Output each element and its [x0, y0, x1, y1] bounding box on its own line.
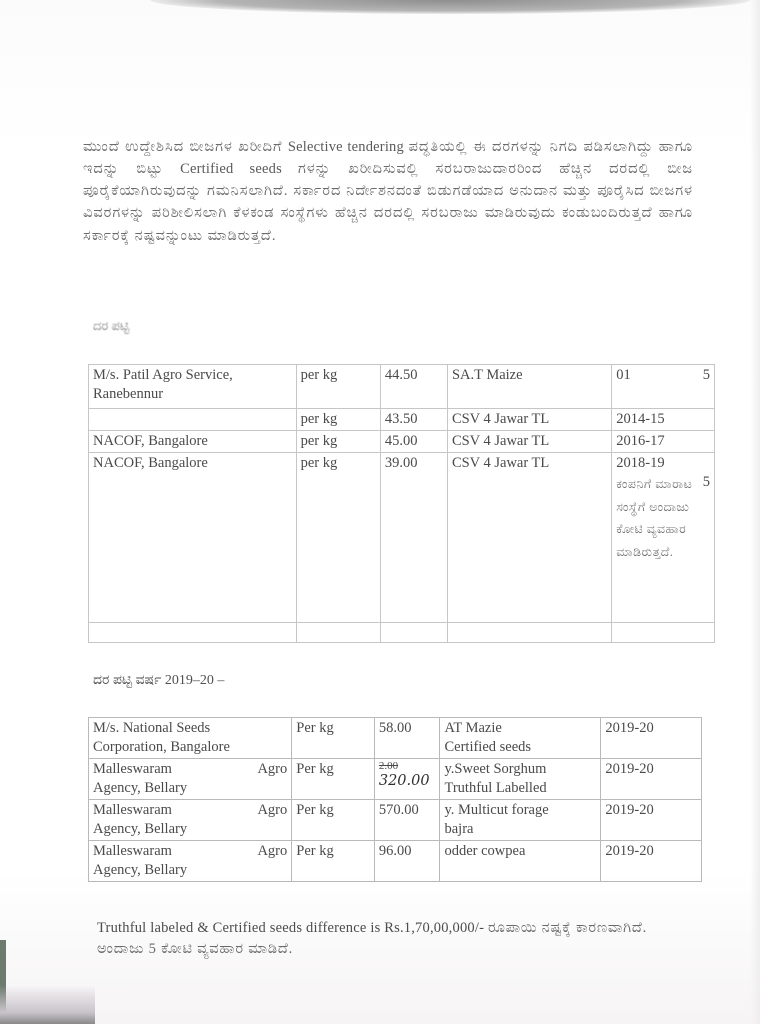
year-cell: 2016-17	[612, 431, 715, 453]
supplier-rates-table-past: M/s. Patil Agro Service, Ranebennurper k…	[88, 364, 715, 643]
supplier-rates-table-2019-20: M/s. National SeedsCorporation, Bangalor…	[88, 717, 702, 882]
rate-cell: 58.00	[374, 718, 440, 759]
page-corner-shadow	[0, 985, 95, 1024]
rate-value: 96.00	[379, 843, 412, 859]
supplier-cell: MalleswaramAgroAgency, Bellary	[89, 759, 292, 800]
paragraph-segment: Certified seeds	[180, 161, 298, 177]
paragraph-segment: Selective tendering	[288, 139, 409, 155]
supplier-cell: M/s. Patil Agro Service, Ranebennur	[89, 365, 297, 409]
crop-name: y.Sweet Sorghum	[444, 760, 596, 779]
unit-cell: Per kg	[292, 841, 375, 882]
crop-cell: CSV 4 Jawar TL	[447, 409, 611, 431]
supplier-name-part: Agro	[257, 842, 287, 861]
unit-cell: Per kg	[292, 718, 375, 759]
supplier-name-part: Malleswaram	[93, 801, 172, 820]
year-value: 01	[616, 366, 631, 385]
table-row	[89, 623, 715, 643]
supplier-cell: MalleswaramAgroAgency, Bellary	[89, 841, 292, 882]
table-row: NACOF, Bangaloreper kg39.00CSV 4 Jawar T…	[89, 453, 715, 623]
unit-cell: per kg	[296, 365, 380, 409]
supplier-name-part: Agro	[257, 760, 287, 779]
rate-value: 570.00	[379, 802, 419, 818]
crop-cell: SA.T Maize	[447, 365, 611, 409]
supplier-name-part: Agro	[257, 801, 287, 820]
year-value: 2014-15	[616, 410, 664, 429]
struck-rate: 2.00	[379, 760, 436, 772]
table-row: M/s. National SeedsCorporation, Bangalor…	[89, 718, 702, 759]
year-cell: 2019-20	[601, 841, 702, 882]
year-cell: 2014-15	[612, 409, 715, 431]
supplier-cell	[89, 409, 297, 431]
rate-cell: 570.00	[374, 800, 440, 841]
crop-name: odder cowpea	[444, 842, 596, 861]
rate-cell: 43.50	[380, 409, 447, 431]
table-row: per kg43.50CSV 4 Jawar TL2014-15	[89, 409, 715, 431]
year-cell: 015	[612, 365, 715, 409]
rate-cell	[380, 623, 447, 643]
unit-cell	[296, 623, 380, 643]
crop-name: AT Mazie	[444, 719, 596, 738]
crop-cell: odder cowpea	[440, 841, 601, 882]
rate-value: 58.00	[379, 720, 412, 736]
remark-note: ಕಂಪನಿಗೆ ಮಾರಾಟ ಸಂಸ್ಥೆಗೆ ಅಂದಾಜು ಕೋಟಿ ವ್ಯವಹ…	[616, 473, 702, 563]
unit-cell: per kg	[296, 431, 380, 453]
supplier-name-part: Malleswaram	[93, 760, 172, 779]
crop-detail: bajra	[444, 820, 596, 839]
crop-detail: Certified seeds	[444, 738, 596, 757]
scanned-page: ಮುಂದೆ ಉದ್ದೇಶಿಸಿದ ಬೀಜಗಳ ಖರೀದಿಗೆ Selective…	[0, 0, 760, 1024]
supplier-cell: NACOF, Bangalore	[89, 431, 297, 453]
crop-cell: y.Sweet SorghumTruthful Labelled	[440, 759, 601, 800]
table-row: MalleswaramAgroAgency, BellaryPer kg96.0…	[89, 841, 702, 882]
unit-cell: Per kg	[292, 800, 375, 841]
unit-cell: per kg	[296, 409, 380, 431]
page-fold-shadow	[150, 0, 750, 14]
rate-cell: 45.00	[380, 431, 447, 453]
extra-mark: 5	[703, 473, 710, 563]
crop-cell: y. Multicut foragebajra	[440, 800, 601, 841]
year-cell: 2019-20	[601, 759, 702, 800]
table-row: MalleswaramAgroAgency, BellaryPer kg570.…	[89, 800, 702, 841]
paragraph-segment: ಮುಂದೆ ಉದ್ದೇಶಿಸಿದ ಬೀಜಗಳ ಖರೀದಿಗೆ	[83, 139, 288, 155]
year-cell	[612, 623, 715, 643]
supplier-name-part: M/s. National Seeds	[93, 719, 210, 738]
crop-cell: CSV 4 Jawar TL	[447, 453, 611, 623]
summary-english: Truthful labeled & Certified seeds diffe…	[97, 920, 488, 936]
supplier-location: Corporation, Bangalore	[93, 738, 287, 757]
table-row: NACOF, Bangaloreper kg45.00CSV 4 Jawar T…	[89, 431, 715, 453]
crop-detail: Truthful Labelled	[444, 779, 596, 798]
unit-cell: Per kg	[292, 759, 375, 800]
supplier-location: Agency, Bellary	[93, 779, 287, 798]
year-cell: 2019-20	[601, 718, 702, 759]
year-cell: 2018-19ಕಂಪನಿಗೆ ಮಾರಾಟ ಸಂಸ್ಥೆಗೆ ಅಂದಾಜು ಕೋಟ…	[612, 453, 715, 623]
summary-note: Truthful labeled & Certified seeds diffe…	[97, 918, 677, 960]
page-edge	[750, 0, 760, 1024]
crop-cell: CSV 4 Jawar TL	[447, 431, 611, 453]
year-value: 2016-17	[616, 432, 664, 451]
supplier-cell: MalleswaramAgroAgency, Bellary	[89, 800, 292, 841]
supplier-name-part: Malleswaram	[93, 842, 172, 861]
rate-cell: 44.50	[380, 365, 447, 409]
supplier-location: Agency, Bellary	[93, 820, 287, 839]
year-cell: 2019-20	[601, 800, 702, 841]
supplier-cell: NACOF, Bangalore	[89, 453, 297, 623]
supplier-location: Agency, Bellary	[93, 861, 287, 880]
salutation: ದರ ಪಟ್ಟಿ	[93, 318, 129, 334]
extra-mark: 5	[703, 366, 710, 385]
rate-cell: 39.00	[380, 453, 447, 623]
intro-paragraph: ಮುಂದೆ ಉದ್ದೇಶಿಸಿದ ಬೀಜಗಳ ಖರೀದಿಗೆ Selective…	[83, 136, 693, 247]
rate-cell: 96.00	[374, 841, 440, 882]
section-heading: ದರ ಪಟ್ಟಿ ವರ್ಷ 2019–20 –	[93, 673, 224, 689]
unit-cell: per kg	[296, 453, 380, 623]
crop-cell	[447, 623, 611, 643]
supplier-cell	[89, 623, 297, 643]
rate-cell: 2.00320.00	[374, 759, 440, 800]
table-row: MalleswaramAgroAgency, BellaryPer kg2.00…	[89, 759, 702, 800]
table-row: M/s. Patil Agro Service, Ranebennurper k…	[89, 365, 715, 409]
crop-cell: AT MazieCertified seeds	[440, 718, 601, 759]
year-value: 2018-19	[616, 454, 664, 473]
crop-name: y. Multicut forage	[444, 801, 596, 820]
rate-value: 320.00	[379, 773, 430, 789]
supplier-cell: M/s. National SeedsCorporation, Bangalor…	[89, 718, 292, 759]
